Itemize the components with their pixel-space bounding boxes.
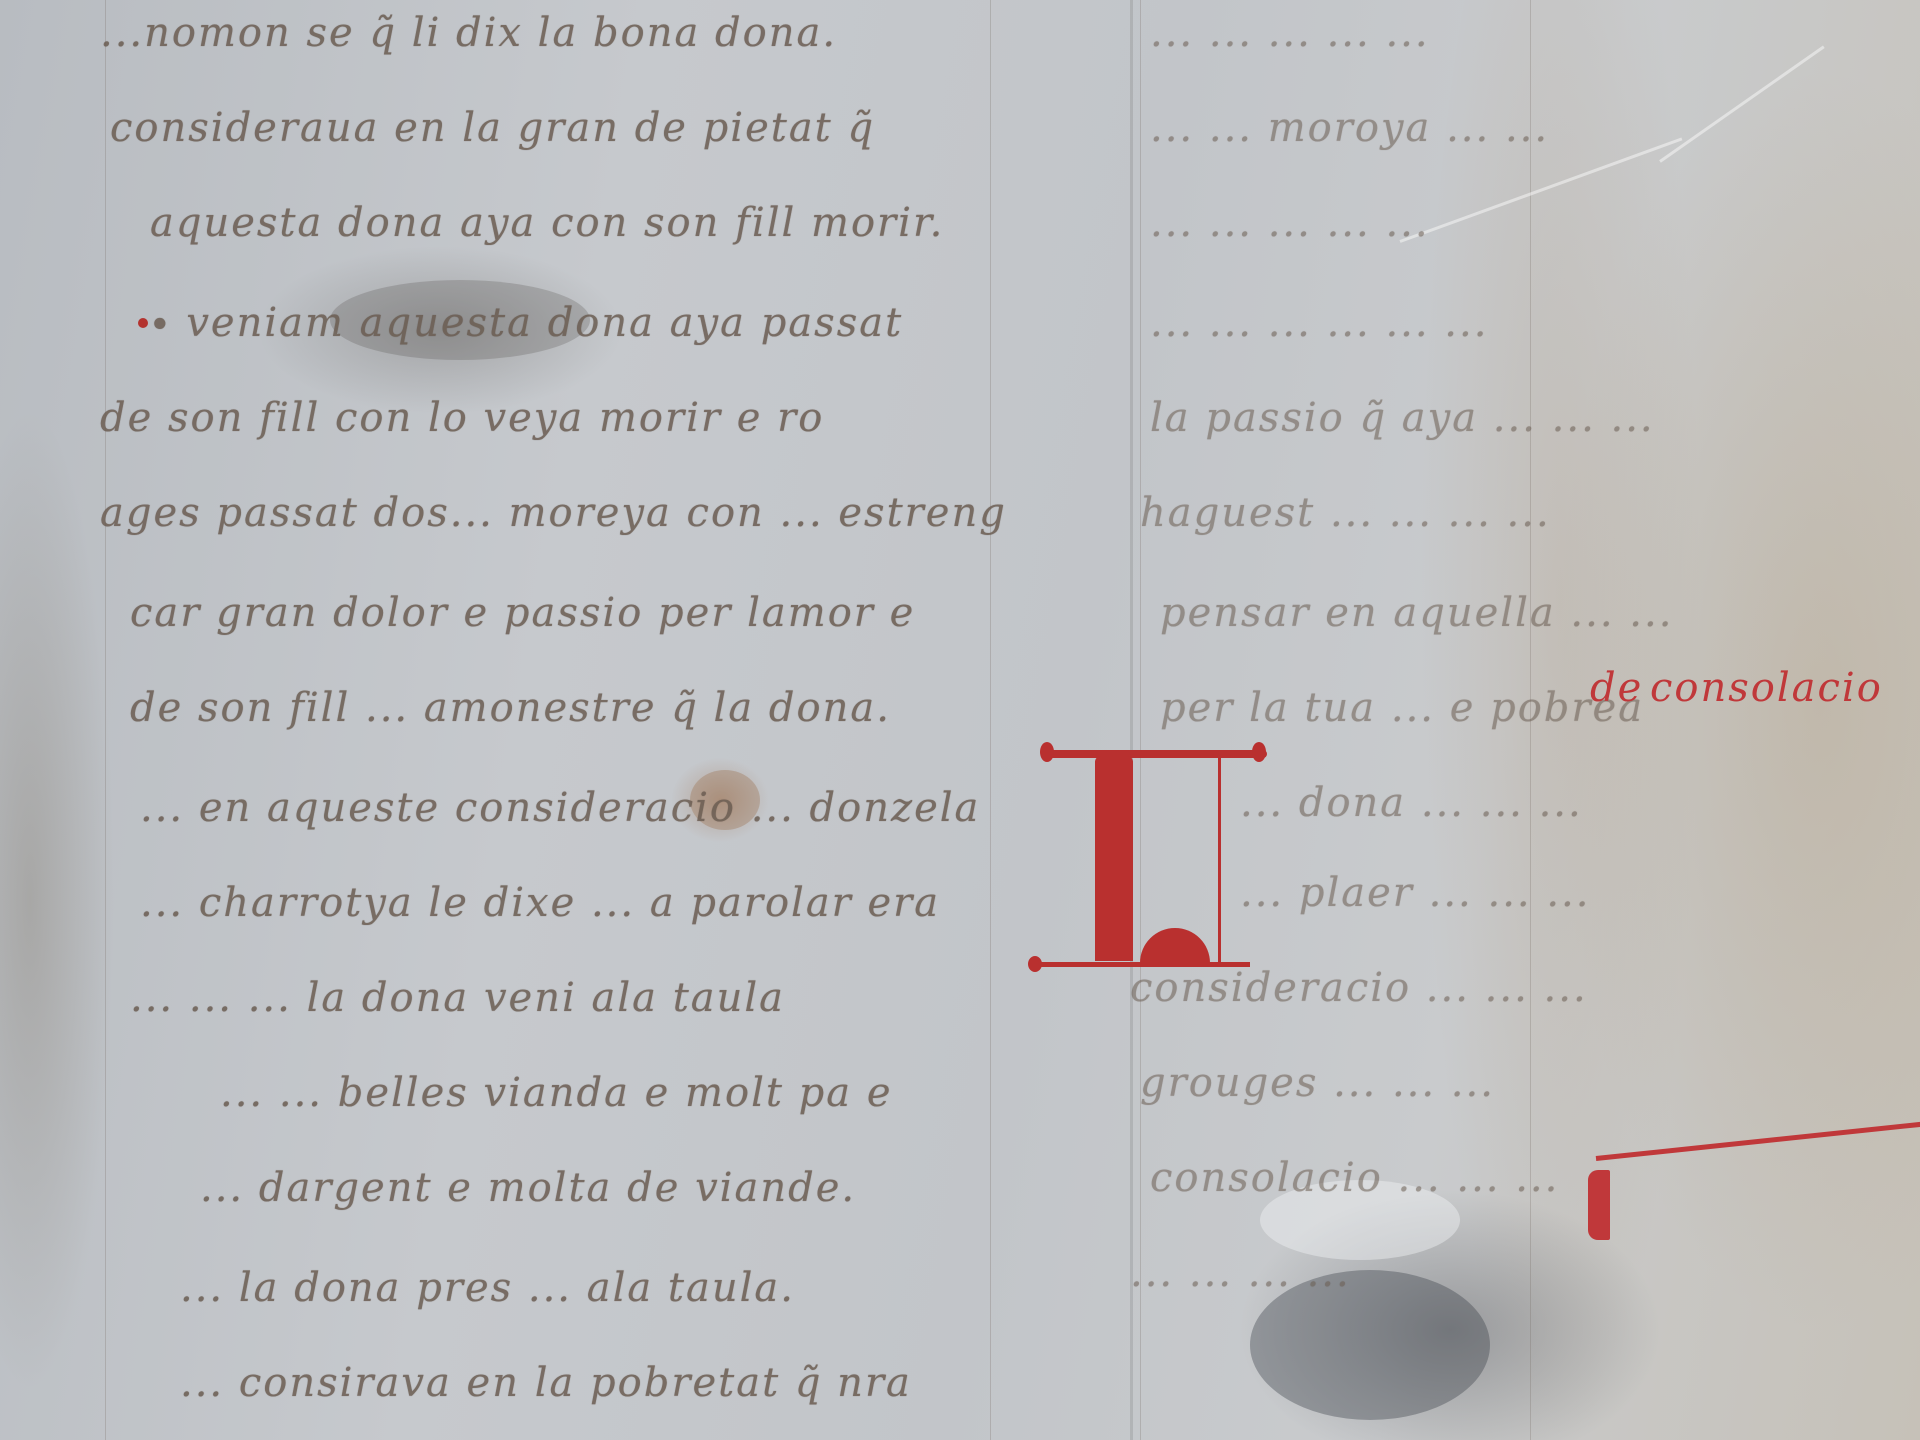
ruling-line-mid <box>990 0 991 1440</box>
column-fold <box>1130 0 1133 1440</box>
ruling-line-right <box>1140 0 1141 1440</box>
red-paraph-mark <box>1588 1150 1918 1260</box>
text-line: ... dargent e molta de viande. <box>200 1165 856 1211</box>
text-line: de son fill con lo veya morir e ro <box>100 395 824 441</box>
text-line: ...nomon se q̃ li dix la bona dona. <box>100 10 837 56</box>
text-line: car gran dolor e passio per lamor e <box>130 590 915 636</box>
text-line: per la tua ... e pobrea <box>1160 685 1644 731</box>
text-line: de son fill ... amonestre q̃ la dona. <box>130 685 891 731</box>
text-line: ... plaer ... ... ... <box>1240 870 1590 916</box>
crease <box>1399 137 1682 242</box>
text-line: ages passat dos... moreya con ... estren… <box>100 490 1007 536</box>
text-line: consolacio ... ... ... <box>1150 1155 1559 1201</box>
text-line: ... dona ... ... ... <box>1240 780 1583 826</box>
text-line: consideraua en la gran de pietat q̃ <box>110 105 875 151</box>
text-line: ∙ veniam aquesta dona aya passat <box>150 300 903 346</box>
text-line: ... ... ... ... ... <box>1150 10 1430 56</box>
text-line: ... ... belles vianda e molt pa e <box>220 1070 892 1116</box>
text-line: ... en aqueste consideracio ... donzela <box>140 785 980 831</box>
crease <box>1659 46 1825 163</box>
text-line: ... ... moroya ... ... <box>1150 105 1549 151</box>
text-line: la passio q̃ aya ... ... ... <box>1150 395 1655 441</box>
text-line: ... consirava en la pobretat q̃ nra <box>180 1360 912 1406</box>
text-line: ... ... ... la dona veni ala taula <box>130 975 785 1021</box>
ruling-line-left <box>105 0 106 1440</box>
decorated-initial-L <box>1040 748 1270 978</box>
text-line: ... ... ... ... ... <box>1150 200 1430 246</box>
text-line: ... ... ... ... ... ... <box>1150 300 1488 346</box>
rubric-prefix: de <box>1590 665 1643 711</box>
text-line: aquesta dona aya con son fill morir. <box>150 200 944 246</box>
text-line: grouges ... ... ... <box>1140 1060 1495 1106</box>
rubric-heading: consolacio <box>1650 665 1883 711</box>
manuscript-page: ...nomon se q̃ li dix la bona dona. cons… <box>0 0 1920 1440</box>
text-line: ... la dona pres ... ala taula. <box>180 1265 795 1311</box>
text-line: ... ... ... ... <box>1130 1250 1351 1296</box>
text-line: haguest ... ... ... ... <box>1140 490 1551 536</box>
text-line: ... charrotya le dixe ... a parolar era <box>140 880 940 926</box>
text-line: pensar en aquella ... ... <box>1160 590 1673 636</box>
red-paragraph-mark <box>138 318 148 328</box>
